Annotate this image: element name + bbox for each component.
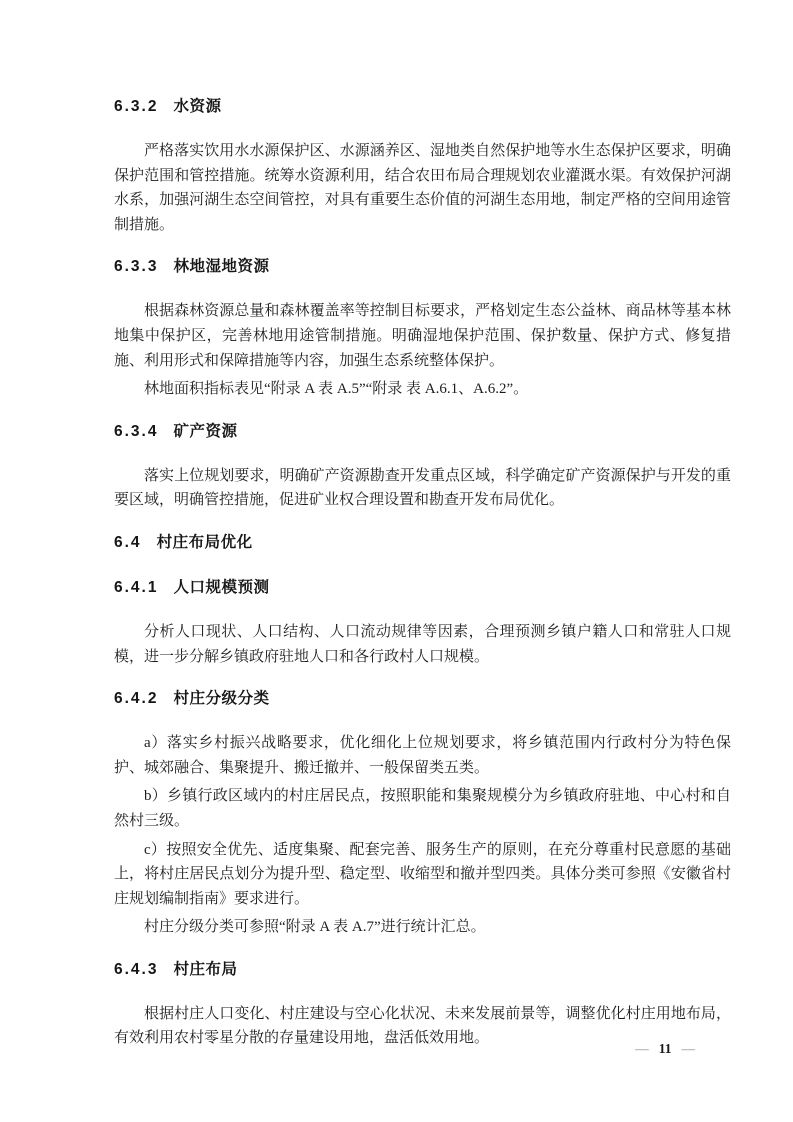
page-footer: —11—	[635, 1040, 695, 1058]
section-heading: 6.4.3村庄布局	[114, 957, 731, 982]
footer-dash-right: —	[682, 1041, 696, 1056]
section-number: 6.3.4	[114, 419, 158, 444]
section-heading: 6.4.1人口规模预测	[114, 575, 731, 600]
section-title: 人口规模预测	[173, 579, 269, 596]
paragraph-list-item-c: c）按照安全优先、适度集聚、配套完善、服务生产的原则，在充分尊重村民意愿的基础上…	[114, 838, 731, 912]
section-village-layout-optimization: 6.4村庄布局优化	[114, 530, 731, 555]
section-title: 林地湿地资源	[173, 258, 269, 275]
paragraph: 林地面积指标表见“附录 A 表 A.5”“附录 表 A.6.1、A.6.2”。	[114, 377, 731, 402]
section-population-forecast: 6.4.1人口规模预测 分析人口现状、人口结构、人口流动规律等因素，合理预测乡镇…	[114, 575, 731, 669]
footer-dash-left: —	[635, 1041, 649, 1056]
section-title: 水资源	[173, 98, 221, 115]
section-number: 6.4.3	[114, 957, 158, 982]
section-mineral-resources: 6.3.4矿产资源 落实上位规划要求，明确矿产资源勘查开发重点区域，科学确定矿产…	[114, 419, 731, 513]
section-village-layout: 6.4.3村庄布局 根据村庄人口变化、村庄建设与空心化状况、未来发展前景等，调整…	[114, 957, 731, 1051]
section-title: 村庄布局	[173, 961, 237, 978]
section-number: 6.3.3	[114, 254, 158, 279]
section-forest-wetland-resources: 6.3.3林地湿地资源 根据森林资源总量和森林覆盖率等控制目标要求，严格划定生态…	[114, 254, 731, 401]
paragraph: 根据森林资源总量和森林覆盖率等控制目标要求，严格划定生态公益林、商品林等基本林地…	[114, 299, 731, 373]
section-water-resources: 6.3.2水资源 严格落实饮用水水源保护区、水源涵养区、湿地类自然保护地等水生态…	[114, 94, 731, 237]
section-number: 6.3.2	[114, 94, 158, 119]
document-page: 6.3.2水资源 严格落实饮用水水源保护区、水源涵养区、湿地类自然保护地等水生态…	[0, 0, 793, 1122]
section-title: 矿产资源	[173, 423, 237, 440]
paragraph-list-item-a: a）落实乡村振兴战略要求，优化细化上位规划要求，将乡镇范围内行政村分为特色保护、…	[114, 731, 731, 780]
section-number: 6.4.1	[114, 575, 158, 600]
section-number: 6.4.2	[114, 686, 158, 711]
section-heading: 6.3.4矿产资源	[114, 419, 731, 444]
section-heading: 6.3.2水资源	[114, 94, 731, 119]
section-title: 村庄布局优化	[157, 534, 253, 551]
section-heading: 6.4村庄布局优化	[114, 530, 731, 555]
paragraph-list-item-b: b）乡镇行政区域内的村庄居民点，按照职能和集聚规模分为乡镇政府驻地、中心村和自然…	[114, 784, 731, 833]
section-number: 6.4	[114, 530, 142, 555]
paragraph: 分析人口现状、人口结构、人口流动规律等因素，合理预测乡镇户籍人口和常驻人口规模，…	[114, 620, 731, 669]
section-village-classification: 6.4.2村庄分级分类 a）落实乡村振兴战略要求，优化细化上位规划要求，将乡镇范…	[114, 686, 731, 940]
section-heading: 6.3.3林地湿地资源	[114, 254, 731, 279]
section-title: 村庄分级分类	[173, 690, 269, 707]
paragraph: 村庄分级分类可参照“附录 A 表 A.7”进行统计汇总。	[114, 915, 731, 940]
paragraph: 严格落实饮用水水源保护区、水源涵养区、湿地类自然保护地等水生态保护区要求，明确保…	[114, 139, 731, 237]
paragraph: 落实上位规划要求，明确矿产资源勘查开发重点区域，科学确定矿产资源保护与开发的重要…	[114, 464, 731, 513]
section-heading: 6.4.2村庄分级分类	[114, 686, 731, 711]
page-number: 11	[659, 1041, 672, 1056]
